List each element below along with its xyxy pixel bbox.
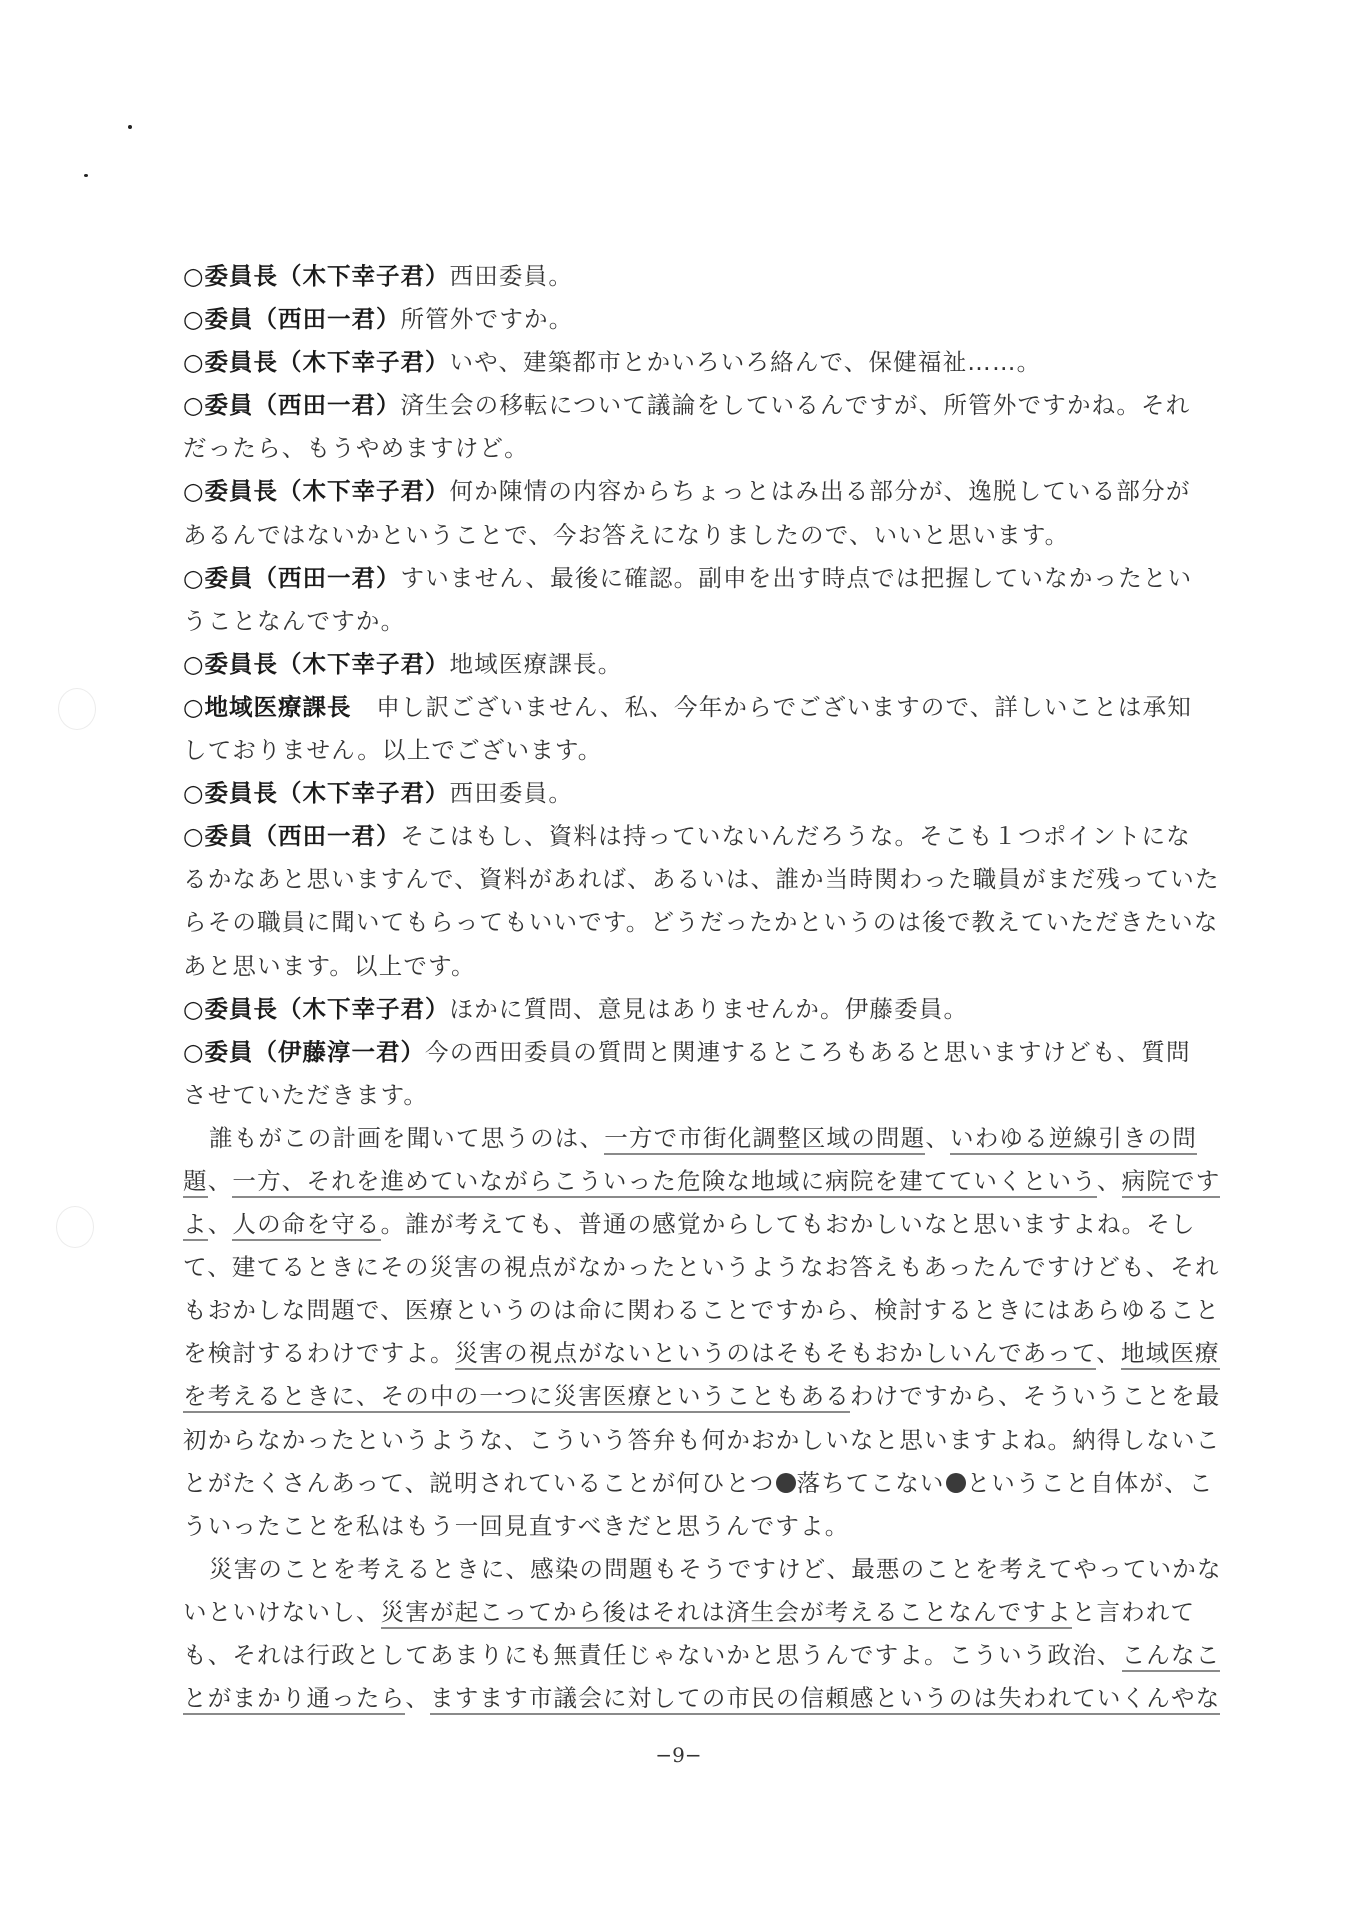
transcript-line: ○委員長（木下幸子君）地域医療課長。 [183,646,1195,689]
transcript-line: あと思います。以上です。 [183,948,1195,991]
underlined-text: 題 [183,1167,208,1198]
utterance-text: いや、建築都市とかいろいろ絡んで、保健福祉……。 [450,348,1042,376]
text-run: を検討するわけですよ。 [183,1339,455,1367]
text-run: 。誰が考えても、普通の感覚からしてもおかしいなと思いますよね。そし [381,1210,1196,1238]
utterance-text: しておりません。以上でございます。 [183,736,602,764]
transcript-line: しておりません。以上でございます。 [183,732,1195,775]
text-run: 落ちてこない [797,1469,945,1497]
underlined-text: 人の命を守る [232,1210,380,1241]
utterance-text: すいません、最後に確認。副申を出す時点では把握していなかったとい [401,564,1193,592]
paragraph-line: 災害のことを考えるときに、感染の問題もそうですけど、最悪のことを考えてやっていか… [183,1551,1195,1594]
text-run: 初からなかったというような、こういう答弁も何かおかしいなと思いますよね。納得しな… [183,1426,1220,1454]
paragraph-line: 初からなかったというような、こういう答弁も何かおかしいなと思いますよね。納得しな… [183,1422,1195,1465]
text-run: 、 [208,1210,233,1238]
utterance-text: らその職員に聞いてもらってもいいです。どうだったかというのは後で教えていただきた… [183,908,1219,936]
underlined-text: とがまかり通ったら [183,1684,405,1715]
transcript-line: ○委員長（木下幸子君）西田委員。 [183,258,1195,301]
transcript-line: ○委員長（木下幸子君）いや、建築都市とかいろいろ絡んで、保健福祉……。 [183,344,1195,387]
utterance-text: 申し訳ございません、私、今年からでございますので、詳しいことは承知 [352,693,1193,721]
utterance-text: 地域医療課長。 [450,650,623,678]
speaker-label: ○委員長（木下幸子君） [183,348,450,376]
utterance-text: うことなんですか。 [183,607,405,635]
speaker-label: ○委員（伊藤淳一君） [183,1038,425,1066]
scan-speck [128,125,132,129]
text-run: 、 [208,1167,233,1195]
text-run: 、 [405,1684,430,1712]
text-run: わけですから、そういうことを最 [850,1382,1221,1410]
paragraph-line: 題、一方、それを進めていながらこういった危険な地域に病院を建てていくという、病院… [183,1163,1195,1206]
transcript-line: させていただきます。 [183,1077,1195,1120]
utterance-text: るかなあと思いますんで、資料があれば、あるいは、誰か当時関わった職員がまだ残って… [183,865,1220,893]
utterance-text: 西田委員。 [450,262,574,290]
text-run: 誰もがこの計画を聞いて思うのは、 [209,1124,604,1152]
punch-hole-mark [58,688,96,730]
underlined-text: 災害が起こってから後はそれは済生会が考えることなんですよ [381,1598,1072,1629]
transcript-line: ○委員（伊藤淳一君）今の西田委員の質問と関連するところもあると思いますけども、質… [183,1034,1195,1077]
speaker-label: ○地域医療課長 [183,693,352,721]
punch-hole-mark [56,1206,94,1248]
utterance-text: 済生会の移転について議論をしているんですが、所管外ですかね。それ [401,391,1191,419]
transcript-line: ○委員長（木下幸子君）ほかに質問、意見はありませんか。伊藤委員。 [183,991,1195,1034]
paragraph-line: ういったことを私はもう一回見直すべきだと思うんですよ。 [183,1508,1195,1551]
utterance-text: ほかに質問、意見はありませんか。伊藤委員。 [450,995,969,1023]
transcript-line: ○委員（西田一君）そこはもし、資料は持っていないんだろうな。そこも１つポイントに… [183,818,1195,861]
transcript-line: ○委員（西田一君）所管外ですか。 [183,301,1195,344]
paragraph-line: いといけないし、災害が起こってから後はそれは済生会が考えることなんですよと言われ… [183,1594,1195,1637]
text-run: もおかしな問題で、医療というのは命に関わることですから、検討するときにはあらゆる… [183,1296,1220,1324]
text-run: と言われて [1072,1598,1196,1626]
transcript-line: ○委員長（木下幸子君）西田委員。 [183,775,1195,818]
speaker-label: ○委員（西田一君） [183,391,401,419]
text-run: ういったことを私はもう一回見直すべきだと思うんですよ。 [183,1512,849,1540]
speaker-label: ○委員長（木下幸子君） [183,779,450,807]
scan-speck [84,174,88,177]
paragraph-line: もおかしな問題で、医療というのは命に関わることですから、検討するときにはあらゆる… [183,1292,1195,1335]
transcript-line: だったら、もうやめますけど。 [183,430,1195,473]
text-run: いといけないし、 [183,1598,381,1626]
text-run: ということ自体が、こ [967,1469,1214,1497]
underlined-text: いわゆる逆線引きの問 [950,1124,1197,1155]
paragraph-line: も、それは行政としてあまりにも無責任じゃないかと思うんですよ。こういう政治、こん… [183,1637,1195,1680]
text-run: 、 [925,1124,950,1152]
underlined-text: 災害の視点がないというのはそもそもおかしいんであって [455,1339,1097,1370]
utterance-text: そこはもし、資料は持っていないんだろうな。そこも１つポイントにな [401,822,1191,850]
paragraph-line: とがまかり通ったら、ますます市議会に対しての市民の信頼感というのは失われていくん… [183,1680,1195,1723]
speaker-label: ○委員長（木下幸子君） [183,262,450,290]
utterance-text: 今の西田委員の質問と関連するところもあると思いますけども、質問 [425,1038,1191,1066]
speaker-label: ○委員長（木下幸子君） [183,995,450,1023]
transcript-line: ○委員（西田一君）済生会の移転について議論をしているんですが、所管外ですかね。そ… [183,387,1195,430]
page-number: −9− [0,1743,1357,1767]
text-run: も、それは行政としてあまりにも無責任じゃないかと思うんですよ。こういう政治、 [183,1641,1122,1669]
speaker-label: ○委員（西田一君） [183,564,401,592]
text-run: 、 [1097,1167,1122,1195]
paragraph-line: よ、人の命を守る。誰が考えても、普通の感覚からしてもおかしいなと思いますよね。そ… [183,1206,1195,1249]
underlined-text: よ [183,1210,208,1241]
text-run: 災害のことを考えるときに、感染の問題もそうですけど、最悪のことを考えてやっていか… [209,1555,1222,1583]
transcript-line: あるんではないかということで、今お答えになりましたので、いいと思います。 [183,517,1195,560]
transcript-line: ○地域医療課長 申し訳ございません、私、今年からでございますので、詳しいことは承… [183,689,1195,732]
transcript-line: ○委員長（木下幸子君）何か陳情の内容からちょっとはみ出る部分が、逸脱している部分… [183,473,1195,516]
underlined-text: 一方で市街化調整区域の問題 [604,1124,925,1155]
text-run: て、建てるときにその災害の視点がなかったというようなお答えもあったんですけども、… [183,1253,1220,1281]
transcript-line: ○委員（西田一君）すいません、最後に確認。副申を出す時点では把握していなかったと… [183,560,1195,603]
redaction-dot-icon [776,1473,796,1493]
speaker-label: ○委員（西田一君） [183,305,401,333]
transcript-body: ○委員長（木下幸子君）西田委員。 ○委員（西田一君）所管外ですか。 ○委員長（木… [183,258,1195,1723]
utterance-text: させていただきます。 [183,1081,428,1109]
utterance-text: あるんではないかということで、今お答えになりましたので、いいと思います。 [183,521,1069,549]
underlined-text: 病院です [1122,1167,1221,1198]
underlined-text: こんなこ [1122,1641,1221,1672]
underlined-text: を考えるときに、その中の一つに災害医療ということもある [183,1382,850,1413]
underlined-text: 地域医療 [1121,1339,1220,1370]
text-run: とがたくさんあって、説明されていることが何ひとつ [183,1469,775,1497]
speaker-label: ○委員（西田一君） [183,822,401,850]
utterance-text: あと思います。以上です。 [183,952,476,980]
underlined-text: ますます市議会に対しての市民の信頼感というのは失われていくんやな [430,1684,1220,1715]
paragraph-line: て、建てるときにその災害の視点がなかったというようなお答えもあったんですけども、… [183,1249,1195,1292]
utterance-text: 西田委員。 [450,779,574,807]
transcript-line: うことなんですか。 [183,603,1195,646]
text-run: 、 [1096,1339,1121,1367]
speaker-label: ○委員長（木下幸子君） [183,650,450,678]
utterance-text: だったら、もうやめますけど。 [183,434,529,462]
paragraph-line: 誰もがこの計画を聞いて思うのは、一方で市街化調整区域の問題、いわゆる逆線引きの問 [183,1120,1195,1163]
document-page: ○委員長（木下幸子君）西田委員。 ○委員（西田一君）所管外ですか。 ○委員長（木… [0,0,1357,1920]
speaker-label: ○委員長（木下幸子君） [183,477,450,505]
utterance-text: 所管外ですか。 [401,305,574,333]
redaction-dot-icon [946,1473,966,1493]
utterance-text: 何か陳情の内容からちょっとはみ出る部分が、逸脱している部分が [450,477,1191,505]
underlined-text: 一方、それを進めていながらこういった危険な地域に病院を建てていくという [232,1167,1097,1198]
paragraph-line: を検討するわけですよ。災害の視点がないというのはそもそもおかしいんであって、地域… [183,1335,1195,1378]
paragraph-line: を考えるときに、その中の一つに災害医療ということもあるわけですから、そういうこと… [183,1378,1195,1421]
transcript-line: るかなあと思いますんで、資料があれば、あるいは、誰か当時関わった職員がまだ残って… [183,861,1195,904]
transcript-line: らその職員に聞いてもらってもいいです。どうだったかというのは後で教えていただきた… [183,904,1195,947]
paragraph-line: とがたくさんあって、説明されていることが何ひとつ落ちてこないということ自体が、こ [183,1465,1195,1508]
